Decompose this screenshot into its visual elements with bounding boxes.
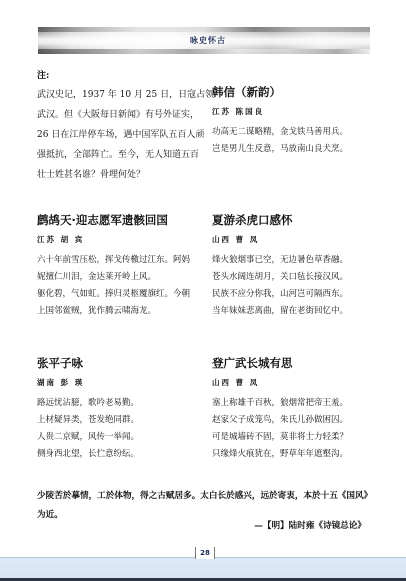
poem-line: 可是城墙砖不固，莫非将士力轻柔？ <box>212 429 382 446</box>
section-title: 咏史怀古 <box>190 35 226 46</box>
page-number: 28 <box>195 547 215 559</box>
poem-line: 人贵二京赋，风传一举闻。 <box>37 429 202 446</box>
poem-line: 妮擅仁川泪，金达莱开岭上风。 <box>37 269 202 286</box>
poem-title: 鹧鸪天·迎志愿军遗骸回国 <box>37 212 202 228</box>
poem-line: 岂是男儿生反意，马放南山良犬烹。 <box>212 141 382 158</box>
poem-line: 上国邻鲎贼，犹作腾云啸海龙。 <box>37 303 202 320</box>
poem-line: 赵家父子成笼鸟，朱氏儿孙做困囚。 <box>212 412 382 429</box>
poem-title: 张平子咏 <box>37 355 202 371</box>
poem-line: 躯化碧，气如虹。捧归灵柩覆旗红。今朝 <box>37 286 202 303</box>
poem-line: 苍头水阔连胡月，关口毡长接汉风。 <box>212 269 382 286</box>
poem-author: 江苏 陈国良 <box>212 106 382 117</box>
note-line: 壮士姓甚名谁？骨埋何处？ <box>37 165 202 185</box>
note-line: 武汉。但《大阪每日新闻》有号外证实， <box>37 105 202 125</box>
poem-zhegutian: 鹧鸪天·迎志愿军遗骸回国 江苏 胡 宾 六十年前雪压松，挥戈传檄过江东。阿妈 妮… <box>37 212 202 320</box>
poem-guangwu: 登广武长城有思 山西 曹 凤 塞上称雄千百秋，狼烟常把帝王羞。 赵家父子成笼鸟，… <box>212 355 382 463</box>
poem-line: 功高无二谋略精，金戈铁马善用兵。 <box>212 124 382 141</box>
poem-title: 韩信（新韵） <box>212 84 382 100</box>
poem-hanxin: 韩信（新韵） 江苏 陈国良 功高无二谋略精，金戈铁马善用兵。 岂是男儿生反意，马… <box>212 84 382 158</box>
note-line: 武汉史记，1937 年 10 月 25 日，日寇占领 <box>37 85 202 105</box>
poem-line: 侧身西北望，长伫意纷纭。 <box>37 446 202 463</box>
poem-title: 登广武长城有思 <box>212 355 382 371</box>
quote-source: —【明】陆时雍《诗镜总论》 <box>254 519 366 531</box>
page-bar <box>0 557 406 578</box>
note-label: 注: <box>37 68 202 81</box>
poem-line: 民族不应分你我，山河岂可隔西东。 <box>212 286 382 303</box>
poem-shahukou: 夏游杀虎口感怀 山西 曹 凤 烽火狼烟事已空，无边暑色草香融。 苍头水阔连胡月，… <box>212 212 382 320</box>
poem-author: 山西 曹 凤 <box>212 234 382 245</box>
poem-line: 上材疑异类，苍发绝同群。 <box>37 412 202 429</box>
poem-zhangpingzi: 张平子咏 湖南 彭 瑛 路远忧沾臆，歌吟老易勤。 上材疑异类，苍发绝同群。 人贵… <box>37 355 202 463</box>
poem-title: 夏游杀虎口感怀 <box>212 212 382 228</box>
poem-author: 山西 曹 凤 <box>212 377 382 388</box>
poem-line: 只缘烽火痕犹在，野草年年遮壑沟。 <box>212 446 382 463</box>
note-line: 26 日在江岸停车场，遇中国军队五百人顽 <box>37 125 202 145</box>
section-banner: 咏史怀古 <box>38 27 370 54</box>
poem-author: 江苏 胡 宾 <box>37 234 202 245</box>
note-line: 强抵抗，全部阵亡。至今，无人知道五百 <box>37 145 202 165</box>
poem-line: 路远忧沾臆，歌吟老易勤。 <box>37 395 202 412</box>
note-block: 注: 武汉史记，1937 年 10 月 25 日，日寇占领 武汉。但《大阪每日新… <box>37 68 202 185</box>
poem-line: 六十年前雪压松，挥戈传檄过江东。阿妈 <box>37 252 202 269</box>
poem-author: 湖南 彭 瑛 <box>37 377 202 388</box>
poem-line: 塞上称雄千百秋，狼烟常把帝王羞。 <box>212 395 382 412</box>
poem-line: 当年妹妹悲离曲，留在老街回忆中。 <box>212 303 382 320</box>
poem-line: 烽火狼烟事已空，无边暑色草香融。 <box>212 252 382 269</box>
